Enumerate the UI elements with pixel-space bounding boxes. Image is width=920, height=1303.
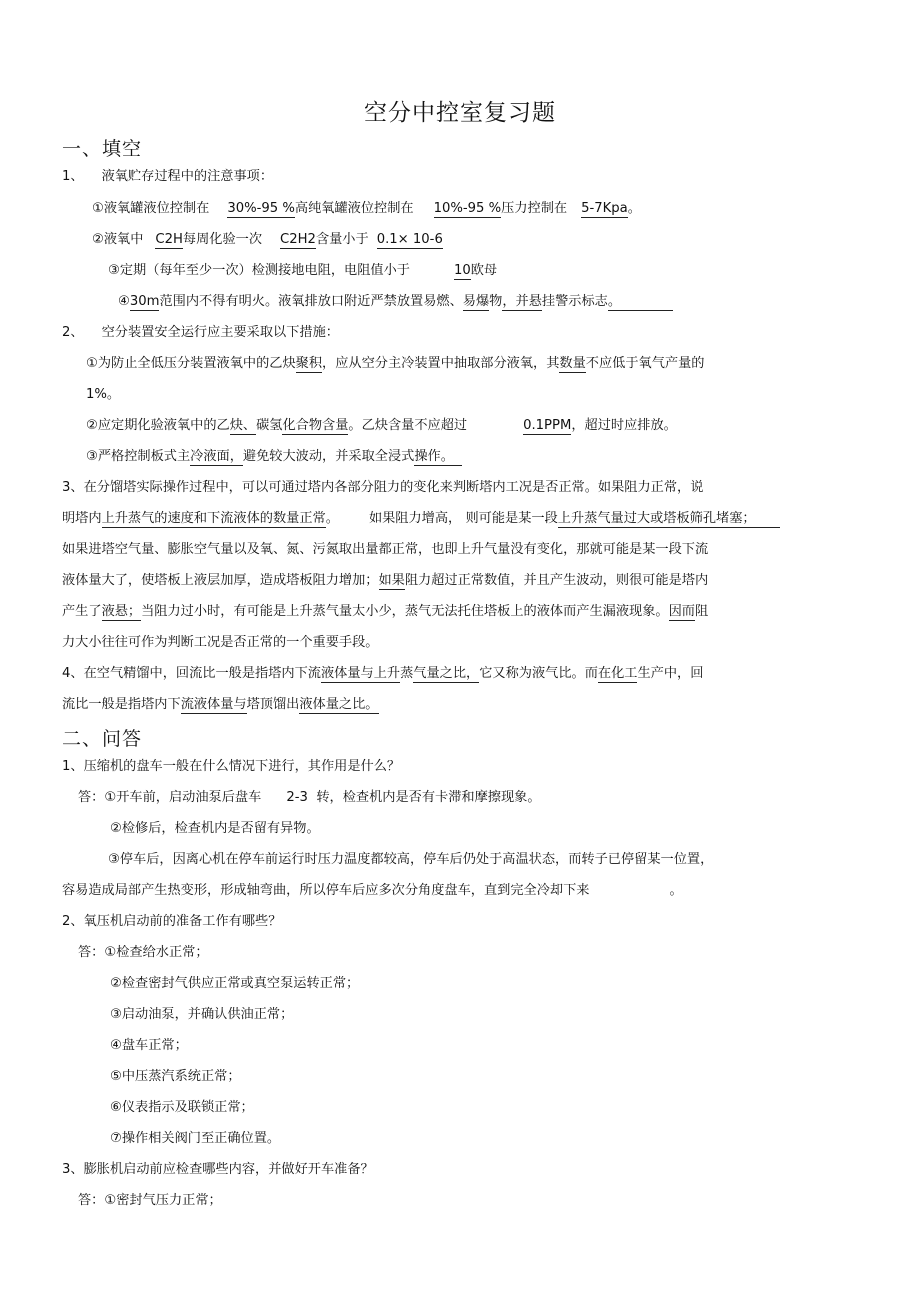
question-number: 1、 bbox=[62, 169, 84, 184]
qa-question-2: 2、氧压机启动前的准备工作有哪些？ bbox=[62, 913, 281, 931]
question-text: 空分装置安全运行应主要采取以下措施： bbox=[102, 325, 339, 340]
answer-blank: C2H2 bbox=[280, 232, 316, 249]
q1-item-4: ④30m范围内不得有明火。液氧排放口附近严禁放置易燃、易爆物，并悬挂警示标志。 bbox=[118, 293, 673, 311]
answer-blank: 液悬； bbox=[102, 604, 142, 621]
text: 。 bbox=[628, 201, 641, 216]
text: 压力控制在 bbox=[501, 201, 567, 216]
answer-blank: 30m bbox=[130, 294, 160, 311]
text: 容易造成局部产生热变形，形成轴弯曲，所以停车后应多次分角度盘车，直到完全冷却下来 bbox=[62, 883, 590, 898]
section-heading-fill-in: 一、填空 bbox=[62, 134, 142, 161]
text: ④ bbox=[118, 294, 130, 309]
q3-line-3: 如果进塔空气量、膨胀空气量以及氧、氮、污氮取出量都正常，也即上升气量没有变化，那… bbox=[62, 541, 708, 559]
text: 范围内不得有明火。液氧排放口附近严禁放置易燃、 bbox=[159, 294, 462, 309]
qa-answer-2-5: ⑤中压蒸汽系统正常； bbox=[110, 1068, 241, 1086]
text: ③定期（每年至少一次）检测接地电阻，电阻值小于 bbox=[108, 263, 410, 278]
text: 。 bbox=[670, 883, 683, 898]
answer-blank: 上升蒸气量过大或塔板 bbox=[558, 511, 690, 528]
q2-item-1-line-2: 1%。 bbox=[86, 386, 120, 404]
question-number: 2、 bbox=[62, 325, 84, 340]
qa-answer-1-4: 容易造成局部产生热变形，形成轴弯曲，所以停车后应多次分角度盘车，直到完全冷却下来… bbox=[62, 882, 683, 900]
answer-blank: 液体量之比。 bbox=[299, 697, 378, 714]
document-page: 空分中控室复习题 一、填空 1、液氧贮存过程中的注意事项： ①液氧罐液位控制在3… bbox=[0, 0, 920, 1303]
q4-line-2: 流比一般是指塔内下流液体量与塔顶馏出液体量之比。 bbox=[62, 696, 379, 714]
answer-blank: 。 bbox=[608, 294, 621, 311]
text: 阻 bbox=[695, 604, 708, 619]
qa-answer-2-1: 答：①检查给水正常； bbox=[78, 944, 209, 962]
answer-blank: 数量 bbox=[559, 356, 585, 373]
answer-blank: 操作。 bbox=[414, 449, 454, 466]
text: ①为防止全低压分装置液氧中的乙炔 bbox=[86, 356, 296, 371]
qa-answer-2-7: ⑦操作相关阀门至正确位置。 bbox=[110, 1130, 280, 1148]
q2-item-3: ③严格控制板式主冷液面，避免较大波动，并采取全浸式操作。 bbox=[86, 448, 462, 466]
q3-line-4: 液体量大了，使塔板上液层加厚，造成塔板阻力增加；如果阻力超过正常数值，并且产生波… bbox=[62, 572, 708, 590]
question-2-title: 2、空分装置安全运行应主要采取以下措施： bbox=[62, 324, 339, 342]
answer-blank: 10%-95 % bbox=[434, 201, 502, 218]
answer-blank: 液体量与上升 bbox=[321, 666, 400, 683]
page-title: 空分中控室复习题 bbox=[0, 94, 920, 127]
text: 塔顶馏出 bbox=[247, 697, 300, 712]
answer-blank: 5-7Kpa bbox=[581, 201, 628, 218]
text: 每周化验一次 bbox=[183, 232, 262, 247]
text: 生产中，回 bbox=[637, 666, 703, 681]
answer-blank: ，并悬 bbox=[502, 294, 542, 311]
answer-blank: 易爆 bbox=[463, 294, 489, 311]
answer-blank: C2H bbox=[155, 232, 183, 249]
qa-answer-2-6: ⑥仪表指示及联锁正常； bbox=[110, 1099, 254, 1117]
text: 挂警示标志 bbox=[542, 294, 608, 309]
text: ②液氧中 bbox=[92, 232, 143, 247]
answer-blank: 在化工 bbox=[598, 666, 638, 683]
section-heading-qa: 二、问答 bbox=[62, 724, 142, 751]
answer-blank: 因而 bbox=[669, 604, 695, 621]
qa-question-1: 1、压缩机的盘车一般在什么情况下进行，其作用是什么？ bbox=[62, 758, 400, 776]
answer-blank: 10 bbox=[454, 263, 471, 280]
answer-blank: 如果 bbox=[379, 573, 405, 590]
text: 碳氢 bbox=[256, 418, 282, 433]
text: 它又称为液气比。而 bbox=[479, 666, 598, 681]
qa-answer-2-3: ③启动油泵，并确认供油正常； bbox=[110, 1006, 293, 1024]
answer-blank: 上升蒸气的速度和下 bbox=[102, 511, 221, 528]
qa-answer-2-4: ④盘车正常； bbox=[110, 1037, 188, 1055]
q1-item-1: ①液氧罐液位控制在30%-95 %高纯氧罐液位控制在10%-95 %压力控制在5… bbox=[92, 200, 641, 218]
q2-item-1-line-1: ①为防止全低压分装置液氧中的乙炔聚积，应从空分主冷装置中抽取部分液氧，其数量不应… bbox=[86, 355, 704, 373]
answer-blank bbox=[621, 296, 673, 311]
question-text: 液氧贮存过程中的注意事项： bbox=[102, 169, 273, 184]
text: 4、在空气精馏中，回流比一般是指塔内下流 bbox=[62, 666, 321, 681]
text: 液体量大了，使塔板上液层加厚，造成塔板阻力增加； bbox=[62, 573, 379, 588]
text: ①液氧罐液位控制在 bbox=[92, 201, 209, 216]
qa-answer-2-2: ②检查密封气供应正常或真空泵运转正常； bbox=[110, 975, 359, 993]
qa-answer-3-1: 答：①密封气压力正常； bbox=[78, 1192, 222, 1210]
text: 避免较大波动，并采取全浸式 bbox=[243, 449, 414, 464]
answer-blank: 0.1× 10-6 bbox=[377, 232, 443, 249]
text: 当阻力过小时，有可能是上升蒸气量太小少，蒸气无法托住塔板上的液体而产生漏液现象。 bbox=[141, 604, 669, 619]
q3-line-6: 力大小往往可作为判断工况是否正常的一个重要手段。 bbox=[62, 634, 379, 652]
qa-answer-1-2: ②检修后，检查机内是否留有异物。 bbox=[110, 820, 320, 838]
q1-item-3: ③定期（每年至少一次）检测接地电阻，电阻值小于10欧母 bbox=[108, 262, 497, 280]
qa-answer-1-3: ③停车后，因离心机在停车前运行时压力温度都较高，停车后仍处于高温状态，而转子已停… bbox=[108, 851, 713, 869]
text: 阻力超过正常数值，并且产生波动，则很可能是塔内 bbox=[405, 573, 708, 588]
answer-blank: 化合物含量 bbox=[282, 418, 348, 435]
answer-blank bbox=[454, 451, 462, 466]
question-1-title: 1、液氧贮存过程中的注意事项： bbox=[62, 168, 273, 186]
answer-blank: 30%-95 % bbox=[227, 201, 295, 218]
answer-blank: 筛孔堵塞； bbox=[690, 511, 756, 528]
q4-line-1: 4、在空气精馏中，回流比一般是指塔内下流液体量与上升蒸气量之比，它又称为液气比。… bbox=[62, 665, 703, 683]
answer-blank: 0.1PPM bbox=[523, 418, 571, 435]
q3-line-1: 3、在分馏塔实际操作过程中，可以可通过塔内各部分阻力的变化来判断塔内工况是否正常… bbox=[62, 479, 703, 497]
text: 蒸 bbox=[400, 666, 413, 681]
answer-blank: 聚积 bbox=[296, 356, 322, 373]
text: 含量小于 bbox=[316, 232, 369, 247]
qa-question-3: 3、膨胀机启动前应检查哪些内容，并做好开车准备？ bbox=[62, 1161, 374, 1179]
text: ②应定期化验液氧中的乙 bbox=[86, 418, 230, 433]
text: 欧母 bbox=[471, 263, 497, 278]
answer-blank: 冷液面， bbox=[190, 449, 243, 466]
text: ，超过时应排放。 bbox=[571, 418, 677, 433]
text: 不应低于氧气产量的 bbox=[586, 356, 705, 371]
q3-line-5: 产生了液悬；当阻力过小时，有可能是上升蒸气量太小少，蒸气无法托住塔板上的液体而产… bbox=[62, 603, 708, 621]
text: 高纯氧罐液位控制在 bbox=[295, 201, 414, 216]
text: ，应从空分主冷装置中抽取部分液氧，其 bbox=[322, 356, 559, 371]
q2-item-2: ②应定期化验液氧中的乙炔、碳氢化合物含量。乙炔含量不应超过0.1PPM，超过时应… bbox=[86, 417, 677, 435]
answer-blank: 流液体的数量正常 bbox=[220, 511, 326, 528]
answer-blank: 炔、 bbox=[230, 418, 256, 435]
text: 如果阻力增高， 则可能是某一段 bbox=[369, 511, 558, 526]
text: 流比一般是指塔内下 bbox=[62, 697, 181, 712]
text: ③严格控制板式主 bbox=[86, 449, 190, 464]
text: 明塔内 bbox=[62, 511, 102, 526]
answer-blank: 流液体量与 bbox=[181, 697, 247, 714]
text: 。乙炔含量不应超过 bbox=[348, 418, 467, 433]
answer-blank: 气量之比， bbox=[413, 666, 479, 683]
qa-answer-1-1: 答：①开车前，启动油泵后盘车 2-3 转，检查机内是否有卡滞和摩擦现象。 bbox=[78, 789, 541, 807]
answer-blank bbox=[756, 513, 780, 528]
q1-item-2: ②液氧中C2H每周化验一次C2H2含量小于0.1× 10-6 bbox=[92, 231, 443, 249]
text: 物 bbox=[489, 294, 502, 309]
text: 。 bbox=[326, 511, 339, 526]
text: 产生了 bbox=[62, 604, 102, 619]
q3-line-2: 明塔内上升蒸气的速度和下流液体的数量正常。如果阻力增高， 则可能是某一段上升蒸气… bbox=[62, 510, 780, 528]
